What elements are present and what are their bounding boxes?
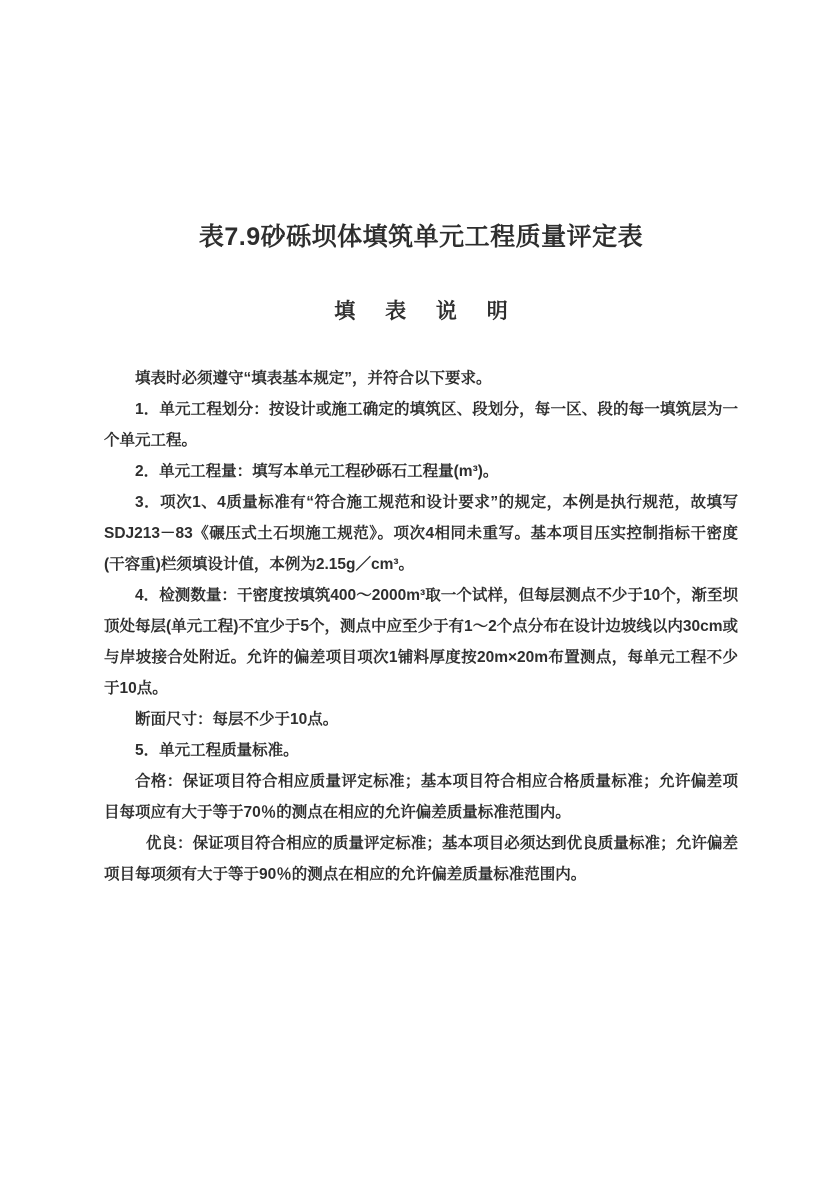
paragraph-item-3: 3．项次1、4质量标准有“符合施工规范和设计要求”的规定，本例是执行规范，故填写… (104, 487, 738, 580)
paragraph-qualified: 合格：保证项目符合相应质量评定标准；基本项目符合相应合格质量标准；允许偏差项目每… (104, 766, 738, 828)
paragraph-item-5: 5．单元工程质量标准。 (104, 735, 738, 766)
paragraph-section-size: 断面尺寸：每层不少于10点。 (104, 704, 738, 735)
document-body: 填表时必须遵守“填表基本规定”，并符合以下要求。 1．单元工程划分：按设计或施工… (104, 363, 738, 890)
paragraph-item-2: 2．单元工程量：填写本单元工程砂砾石工程量(m³)。 (104, 456, 738, 487)
paragraph-item-1: 1．单元工程划分：按设计或施工确定的填筑区、段划分，每一区、段的每一填筑层为一个… (104, 394, 738, 456)
paragraph-intro: 填表时必须遵守“填表基本规定”，并符合以下要求。 (104, 363, 738, 394)
document-title: 表7.9砂砾坝体填筑单元工程质量评定表 (104, 222, 738, 252)
document-page: 表7.9砂砾坝体填筑单元工程质量评定表 填 表 说 明 填表时必须遵守“填表基本… (0, 0, 838, 1186)
paragraph-item-4: 4．检测数量：干密度按填筑400～2000m³取一个试样，但每层测点不少于10个… (104, 580, 738, 704)
paragraph-excellent: 优良：保证项目符合相应的质量评定标准；基本项目必须达到优良质量标准；允许偏差项目… (104, 828, 738, 890)
document-subtitle: 填 表 说 明 (104, 299, 738, 325)
